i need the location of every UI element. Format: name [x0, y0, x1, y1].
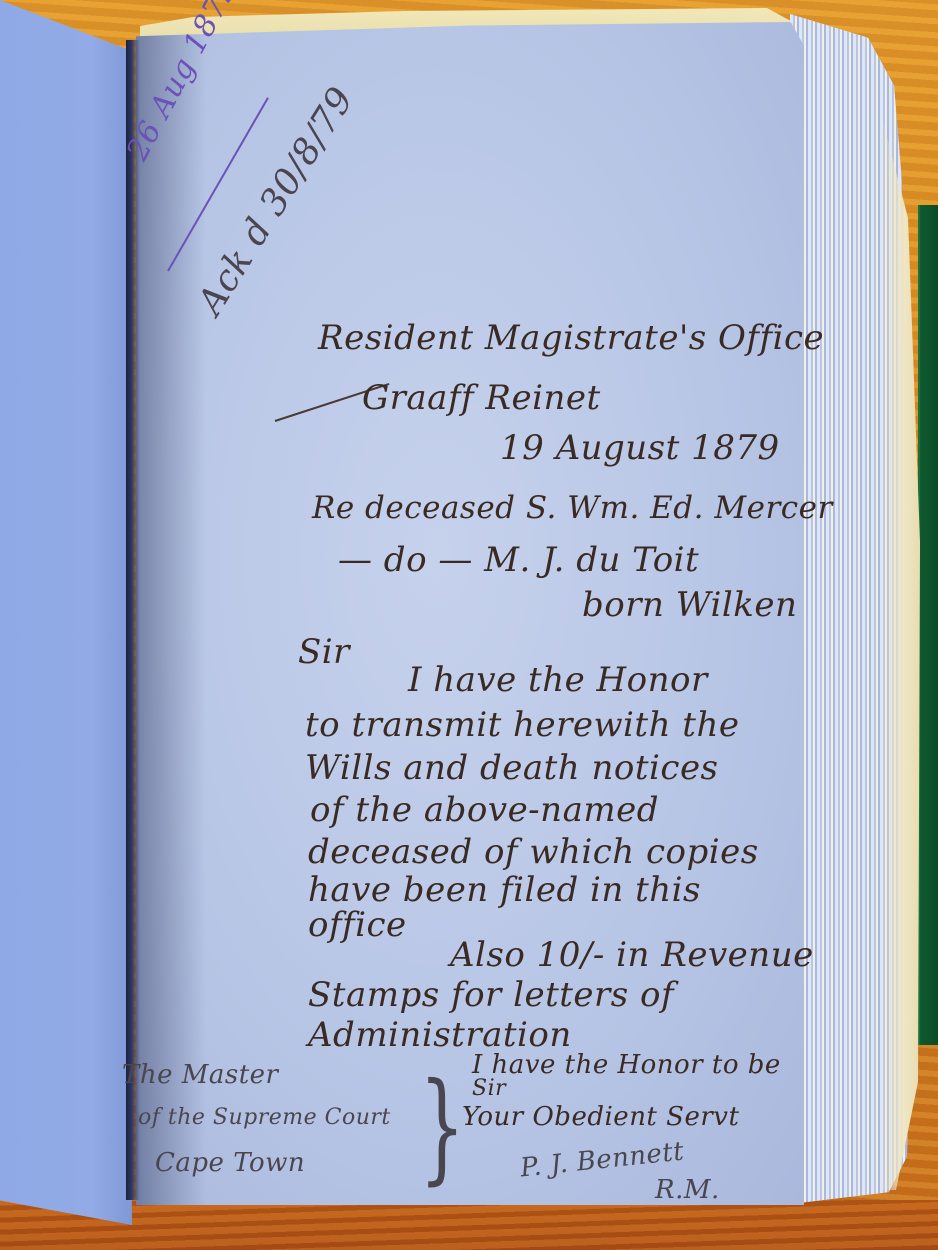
closing-line-2: Sir [472, 1076, 506, 1101]
wooden-table-edge [0, 1200, 938, 1250]
body-line: I have the Honor [408, 660, 708, 700]
salutation: Sir [298, 632, 350, 672]
subject-line-1: Re deceased S. Wm. Ed. Mercer [312, 490, 833, 526]
header-place: Graaff Reinet [362, 378, 601, 418]
left-page-blank [0, 0, 132, 1225]
header-office: Resident Magistrate's Office [318, 318, 824, 358]
subject-line-3: born Wilken [582, 585, 797, 625]
signature-title: R.M. [655, 1175, 720, 1205]
addressee-brace: } [419, 1068, 465, 1188]
body-line: Wills and death notices [305, 748, 719, 788]
closing-line-1: I have the Honor to be [472, 1050, 781, 1080]
body-line: Also 10/- in Revenue [450, 935, 814, 975]
body-line: deceased of which copies [308, 832, 759, 872]
body-line: of the above-named [310, 790, 659, 830]
body-line: office [308, 905, 407, 945]
body-line: Stamps for letters of [308, 975, 674, 1015]
body-line: to transmit herewith the [305, 705, 739, 745]
addressee-line-1: The Master [122, 1060, 278, 1090]
subject-line-2: — do — M. J. du Toit [338, 540, 699, 580]
book-cover-green [918, 205, 938, 1045]
addressee-line-3: Cape Town [155, 1148, 305, 1178]
body-line: Administration [308, 1015, 572, 1055]
header-date: 19 August 1879 [500, 428, 780, 468]
book-gutter [126, 40, 140, 1200]
addressee-line-2: of the Supreme Court [138, 1105, 391, 1130]
closing-line-3: Your Obedient Servt [462, 1102, 739, 1132]
body-line: have been filed in this [308, 870, 701, 910]
